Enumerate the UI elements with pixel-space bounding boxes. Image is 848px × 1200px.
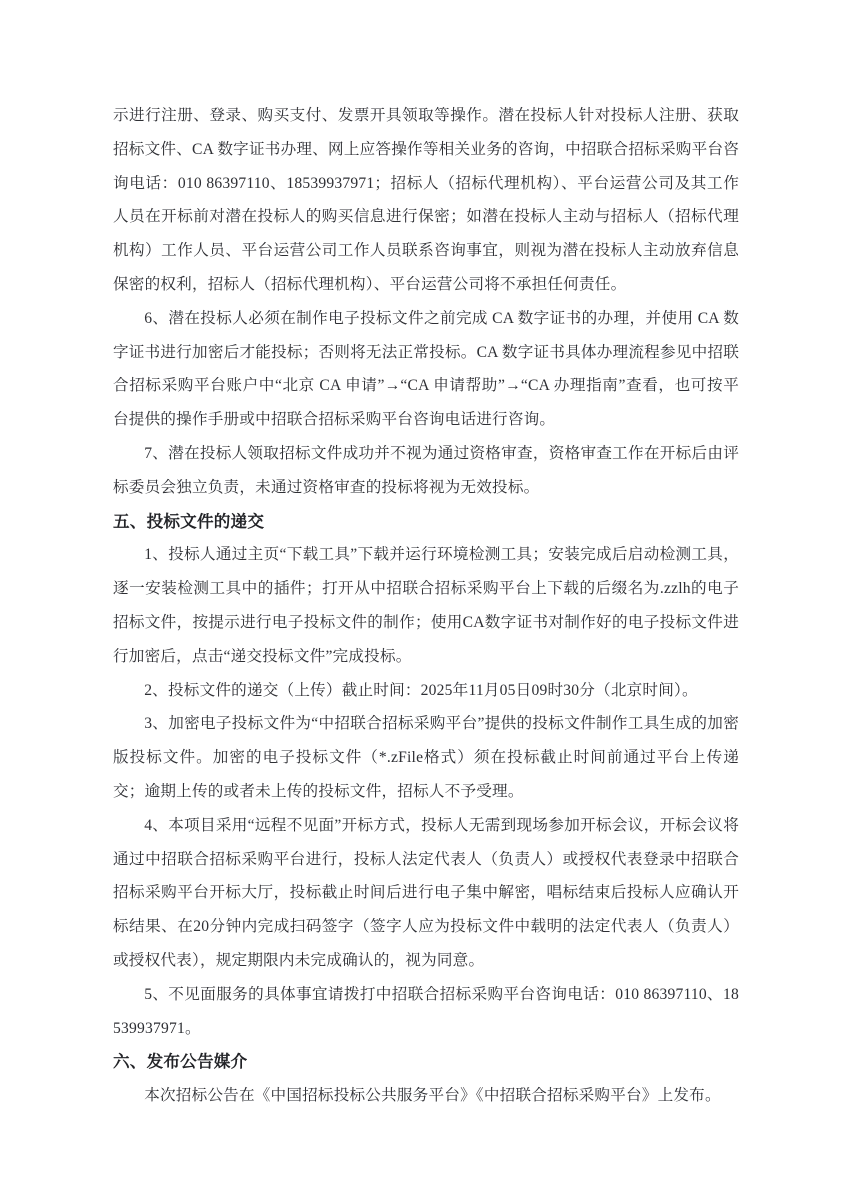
- section-heading-announcement-media: 六、发布公告媒介: [113, 1045, 739, 1079]
- paragraph-item-6-ca-certificate: 6、潜在投标人必须在制作电子投标文件之前完成 CA 数字证书的办理，并使用 CA…: [113, 302, 739, 437]
- section-heading-bid-document-submission: 五、投标文件的递交: [113, 505, 739, 539]
- paragraph-announcement-platforms: 本次招标公告在《中国招标投标公共服务平台》《中招联合招标采购平台》上发布。: [113, 1079, 739, 1113]
- document-content: 示进行注册、登录、购买支付、发票开具领取等操作。潜在投标人针对投标人注册、获取招…: [113, 99, 739, 1113]
- document-page: 示进行注册、登录、购买支付、发票开具领取等操作。潜在投标人针对投标人注册、获取招…: [0, 0, 848, 1200]
- paragraph-item-4-remote-bid-opening: 4、本项目采用“远程不见面”开标方式，投标人无需到现场参加开标会议，开标会议将通…: [113, 809, 739, 978]
- paragraph-platform-registration-consult: 示进行注册、登录、购买支付、发票开具领取等操作。潜在投标人针对投标人注册、获取招…: [113, 99, 739, 302]
- paragraph-item-1-download-tool: 1、投标人通过主页“下载工具”下载并运行环境检测工具；安装完成后启动检测工具，逐…: [113, 538, 739, 673]
- paragraph-item-7-qualification-review: 7、潜在投标人领取招标文件成功并不视为通过资格审查，资格审查工作在开标后由评标委…: [113, 437, 739, 505]
- paragraph-item-3-encrypted-bid-file: 3、加密电子投标文件为“中招联合招标采购平台”提供的投标文件制作工具生成的加密版…: [113, 707, 739, 808]
- paragraph-item-2-submission-deadline: 2、投标文件的递交（上传）截止时间：2025年11月05日09时30分（北京时间…: [113, 674, 739, 708]
- paragraph-item-5-service-hotline: 5、不见面服务的具体事宜请拨打中招联合招标采购平台咨询电话：010 863971…: [113, 978, 739, 1046]
